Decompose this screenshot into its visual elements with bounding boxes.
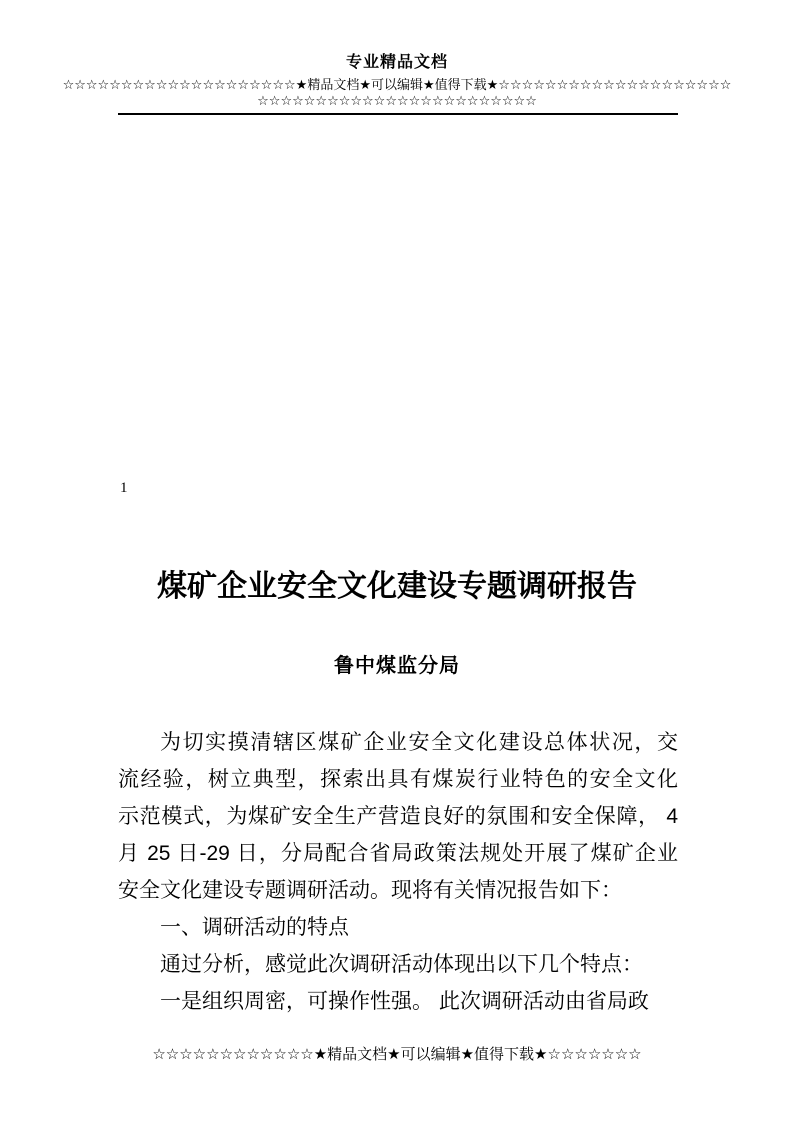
- body-line-3: 示范模式，为煤矿安全生产营造良好的氛围和安全保障， 4: [118, 802, 678, 832]
- document-subtitle: 鲁中煤监分局: [0, 649, 794, 678]
- footer-stars: ☆☆☆☆☆☆☆☆☆☆☆☆★精品文档★可以编辑★值得下载★☆☆☆☆☆☆☆: [0, 1043, 794, 1064]
- header-divider: [118, 113, 678, 115]
- header-doc-label: 专业精品文档: [0, 49, 794, 72]
- body-line-6: 一、调研活动的特点: [118, 913, 678, 943]
- body-line-8: 一是组织周密，可操作性强。 此次调研活动由省局政: [118, 987, 678, 1017]
- body-line-1: 为切实摸清辖区煤矿企业安全文化建设总体状况，交: [118, 728, 678, 758]
- body-line-2: 流经验，树立典型，探索出具有煤炭行业特色的安全文化: [118, 765, 678, 795]
- document-page: 专业精品文档 ☆☆☆☆☆☆☆☆☆☆☆☆☆☆☆☆☆☆☆☆★精品文档★可以编辑★值得…: [0, 0, 794, 1123]
- body-line-7: 通过分析，感觉此次调研活动体现出以下几个特点：: [118, 950, 678, 980]
- body-line-4: 月 25 日-29 日，分局配合省局政策法规处开展了煤矿企业: [118, 839, 678, 869]
- page-number: 1: [120, 480, 128, 497]
- header-stars-line1: ☆☆☆☆☆☆☆☆☆☆☆☆☆☆☆☆☆☆☆☆★精品文档★可以编辑★值得下载★☆☆☆☆…: [0, 74, 794, 93]
- header-stars-line2: ☆☆☆☆☆☆☆☆☆☆☆☆☆☆☆☆☆☆☆☆☆☆☆☆: [0, 93, 794, 109]
- body-line-5: 安全文化建设专题调研活动。现将有关情况报告如下：: [118, 876, 678, 906]
- document-title: 煤矿企业安全文化建设专题调研报告: [0, 561, 794, 605]
